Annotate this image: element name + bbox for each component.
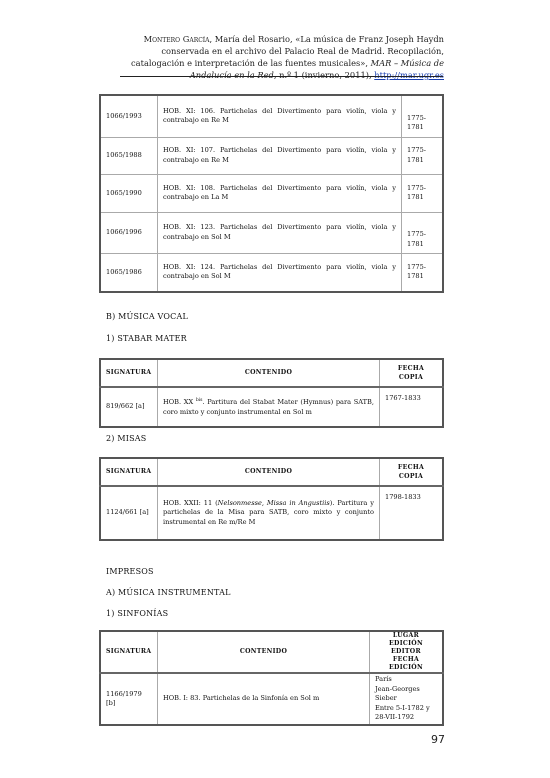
contenido-cell: HOB. XXII: 11 (Nelsonmesse, Missa in Ang… bbox=[158, 486, 380, 540]
section-heading-musica-instrumental: A) MÚSICA INSTRUMENTAL bbox=[106, 588, 231, 597]
issue-info: , n.º 1 (invierno, 2011), bbox=[274, 70, 374, 80]
signatura-cell: 1065/1986 bbox=[100, 254, 158, 292]
stabat-mater-table: SIGNATURA CONTENIDO FECHA COPIA 819/662 … bbox=[99, 358, 444, 428]
contenido-cell: HOB. XI: 108. Partichelas del Divertimen… bbox=[158, 175, 402, 213]
signatura-cell: 1065/1988 bbox=[100, 137, 158, 175]
contenido-cell: HOB. XI: 107. Partichelas del Divertimen… bbox=[158, 137, 402, 175]
contenido-cell: HOB. XI: 124. Partichelas del Divertimen… bbox=[158, 254, 402, 292]
table-row: 1166/1979 [b] HOB. I: 83. Partichelas de… bbox=[100, 673, 443, 725]
signatura-cell: 1124/661 [a] bbox=[100, 486, 158, 540]
table-header-row: SIGNATURA CONTENIDO LUGAR EDICIÓN EDITOR… bbox=[100, 631, 443, 673]
header-editor: EDITOR bbox=[375, 648, 437, 656]
running-header: Montero García, María del Rosario, «La m… bbox=[112, 33, 444, 81]
signatura-cell: 819/662 [a] bbox=[100, 387, 158, 427]
editor: Jean-Georges Sieber bbox=[375, 685, 437, 704]
header-contenido: CONTENIDO bbox=[158, 458, 380, 486]
header-contenido: CONTENIDO bbox=[158, 359, 380, 387]
page-number: 97 bbox=[431, 733, 445, 746]
table-row: 1065/1988 HOB. XI: 107. Partichelas del … bbox=[100, 137, 443, 175]
section-heading-misas: 2) MISAS bbox=[106, 434, 146, 443]
fecha-cell: 1798-1833 bbox=[380, 486, 444, 540]
header-fecha-edicion: FECHA EDICIÓN bbox=[375, 656, 437, 672]
contenido-text: HOB. XXII: 11 ( bbox=[163, 499, 218, 507]
contenido-cell: HOB. XX bis. Partitura del Stabat Mater … bbox=[158, 387, 380, 427]
header-signatura: SIGNATURA bbox=[100, 458, 158, 486]
contenido-cell: HOB. XI: 106. Partichelas del Divertimen… bbox=[158, 95, 402, 137]
signatura-cell: 1166/1979 [b] bbox=[100, 673, 158, 725]
sinfonias-table: SIGNATURA CONTENIDO LUGAR EDICIÓN EDITOR… bbox=[99, 630, 444, 726]
lugar-editor-fecha-cell: París Jean-Georges Sieber Entre 5-I-1782… bbox=[370, 673, 444, 725]
header-signatura: SIGNATURA bbox=[100, 631, 158, 673]
header-rule bbox=[120, 76, 443, 77]
signatura-cell: 1066/1996 bbox=[100, 212, 158, 254]
contenido-cell: HOB. XI: 123. Partichelas del Divertimen… bbox=[158, 212, 402, 254]
table-row: 1066/1996 HOB. XI: 123. Partichelas del … bbox=[100, 212, 443, 254]
header-fecha-copia: FECHA COPIA bbox=[380, 458, 444, 486]
table-header-row: SIGNATURA CONTENIDO FECHA COPIA bbox=[100, 458, 443, 486]
header-lugar-edicion: LUGAR EDICIÓN bbox=[375, 632, 437, 648]
contenido-text: HOB. XX bbox=[163, 399, 196, 407]
header-fecha-copia: FECHA COPIA bbox=[380, 359, 444, 387]
section-heading-stabat-mater: 1) STABAR MATER bbox=[106, 334, 187, 343]
fecha-cell: 1775-1781 bbox=[402, 137, 444, 175]
section-heading-impresos: IMPRESOS bbox=[106, 567, 154, 576]
header-lugar-editor-fecha: LUGAR EDICIÓN EDITOR FECHA EDICIÓN bbox=[370, 631, 444, 673]
fecha-edicion: Entre 5-I-1782 y 28-VII-1792 bbox=[375, 704, 437, 723]
misas-table: SIGNATURA CONTENIDO FECHA COPIA 1124/661… bbox=[99, 457, 444, 541]
section-heading-musica-vocal: B) MÚSICA VOCAL bbox=[106, 312, 188, 321]
divertimentos-table: 1066/1993 HOB. XI: 106. Partichelas del … bbox=[99, 94, 444, 293]
table-row: 1066/1993 HOB. XI: 106. Partichelas del … bbox=[100, 95, 443, 137]
lugar-edicion: París bbox=[375, 675, 437, 685]
signatura-cell: 1065/1990 bbox=[100, 175, 158, 213]
fecha-cell: 1775-1781 bbox=[402, 212, 444, 254]
header-signatura: SIGNATURA bbox=[100, 359, 158, 387]
journal-url-link[interactable]: http://mar.ugr.es bbox=[374, 70, 444, 80]
fecha-cell: 1775-1781 bbox=[402, 254, 444, 292]
fecha-cell: 1775-1781 bbox=[402, 175, 444, 213]
table-header-row: SIGNATURA CONTENIDO FECHA COPIA bbox=[100, 359, 443, 387]
contenido-italic-text: Nelsonmesse, Missa in Angustiis bbox=[218, 499, 330, 507]
table-row: 1065/1990 HOB. XI: 108. Partichelas del … bbox=[100, 175, 443, 213]
header-contenido: CONTENIDO bbox=[158, 631, 370, 673]
fecha-cell: 1767-1833 bbox=[380, 387, 444, 427]
table-row: 1124/661 [a] HOB. XXII: 11 (Nelsonmesse,… bbox=[100, 486, 443, 540]
table-row: 819/662 [a] HOB. XX bis. Partitura del S… bbox=[100, 387, 443, 427]
contenido-cell: HOB. I: 83. Partichelas de la Sinfonía e… bbox=[158, 673, 370, 725]
section-heading-sinfonias: 1) SINFONÍAS bbox=[106, 609, 168, 618]
fecha-cell: 1775-1781 bbox=[402, 95, 444, 137]
author-surname: Montero García bbox=[144, 34, 210, 44]
table-row: 1065/1986 HOB. XI: 124. Partichelas del … bbox=[100, 254, 443, 292]
signatura-cell: 1066/1993 bbox=[100, 95, 158, 137]
